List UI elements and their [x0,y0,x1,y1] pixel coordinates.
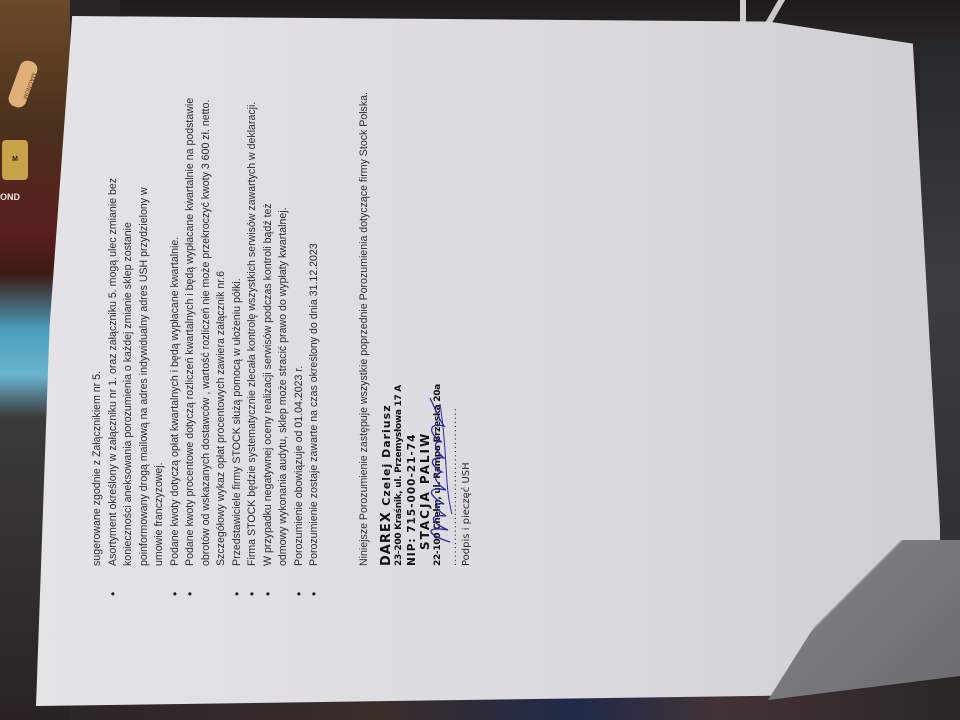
agreement-document: sugerowane zgodnie z Załącznikiem nr 5. … [90,40,473,600]
list-item: W przypadku negatywnej oceny realizacji … [261,40,292,600]
stamp-company-line: DAREX Czelej Dariusz [380,40,393,566]
list-item: Firma STOCK będzie systematycznie zlecał… [245,40,261,600]
list-item: Podane kwoty procentowe dotyczą rozlicze… [183,40,230,600]
terms-list: Asortyment określony w załączniku nr 1. … [106,40,323,600]
stamp-address: 23-200 Kraśnik, ul. Przemysłowa 17 A [393,40,406,566]
signature-label-line: ...................................... P… [447,40,473,566]
stamp-station: STACJA PALIW [419,40,432,566]
list-item: Porozumienie zostaje zawarte na czas okr… [307,40,323,600]
product-text: OND [0,192,20,202]
stamp-station-address: 22-100 Chełm, ul. Rampa Brzeska 20a [432,40,445,566]
list-item: Podane kwoty dotyczą opłat kwartalnych i… [168,40,184,600]
signature-dots: ...................................... [447,40,460,566]
stamp-owner: Czelej Dariusz [380,404,393,505]
signature-label: Podpis i pieczęć USH [460,40,473,566]
list-item: Asortyment określony w załączniku nr 1. … [106,40,168,600]
stamp-company: DAREX [379,511,394,566]
list-item: Przedstawiciele firmy STOCK służą pomocą… [230,40,246,600]
closing-paragraph: Niniejsze Porozumienie zastępuje wszystk… [357,40,373,600]
product-logo: M [2,140,28,180]
intro-line: sugerowane zgodnie z Załącznikiem nr 5. [90,40,106,600]
product-label: MAGNUM [6,58,39,109]
list-item: Porozumienie obowiązuje od 01.04.2023 r. [292,40,308,600]
company-stamp: DAREX Czelej Dariusz 23-200 Kraśnik, ul.… [380,40,473,566]
